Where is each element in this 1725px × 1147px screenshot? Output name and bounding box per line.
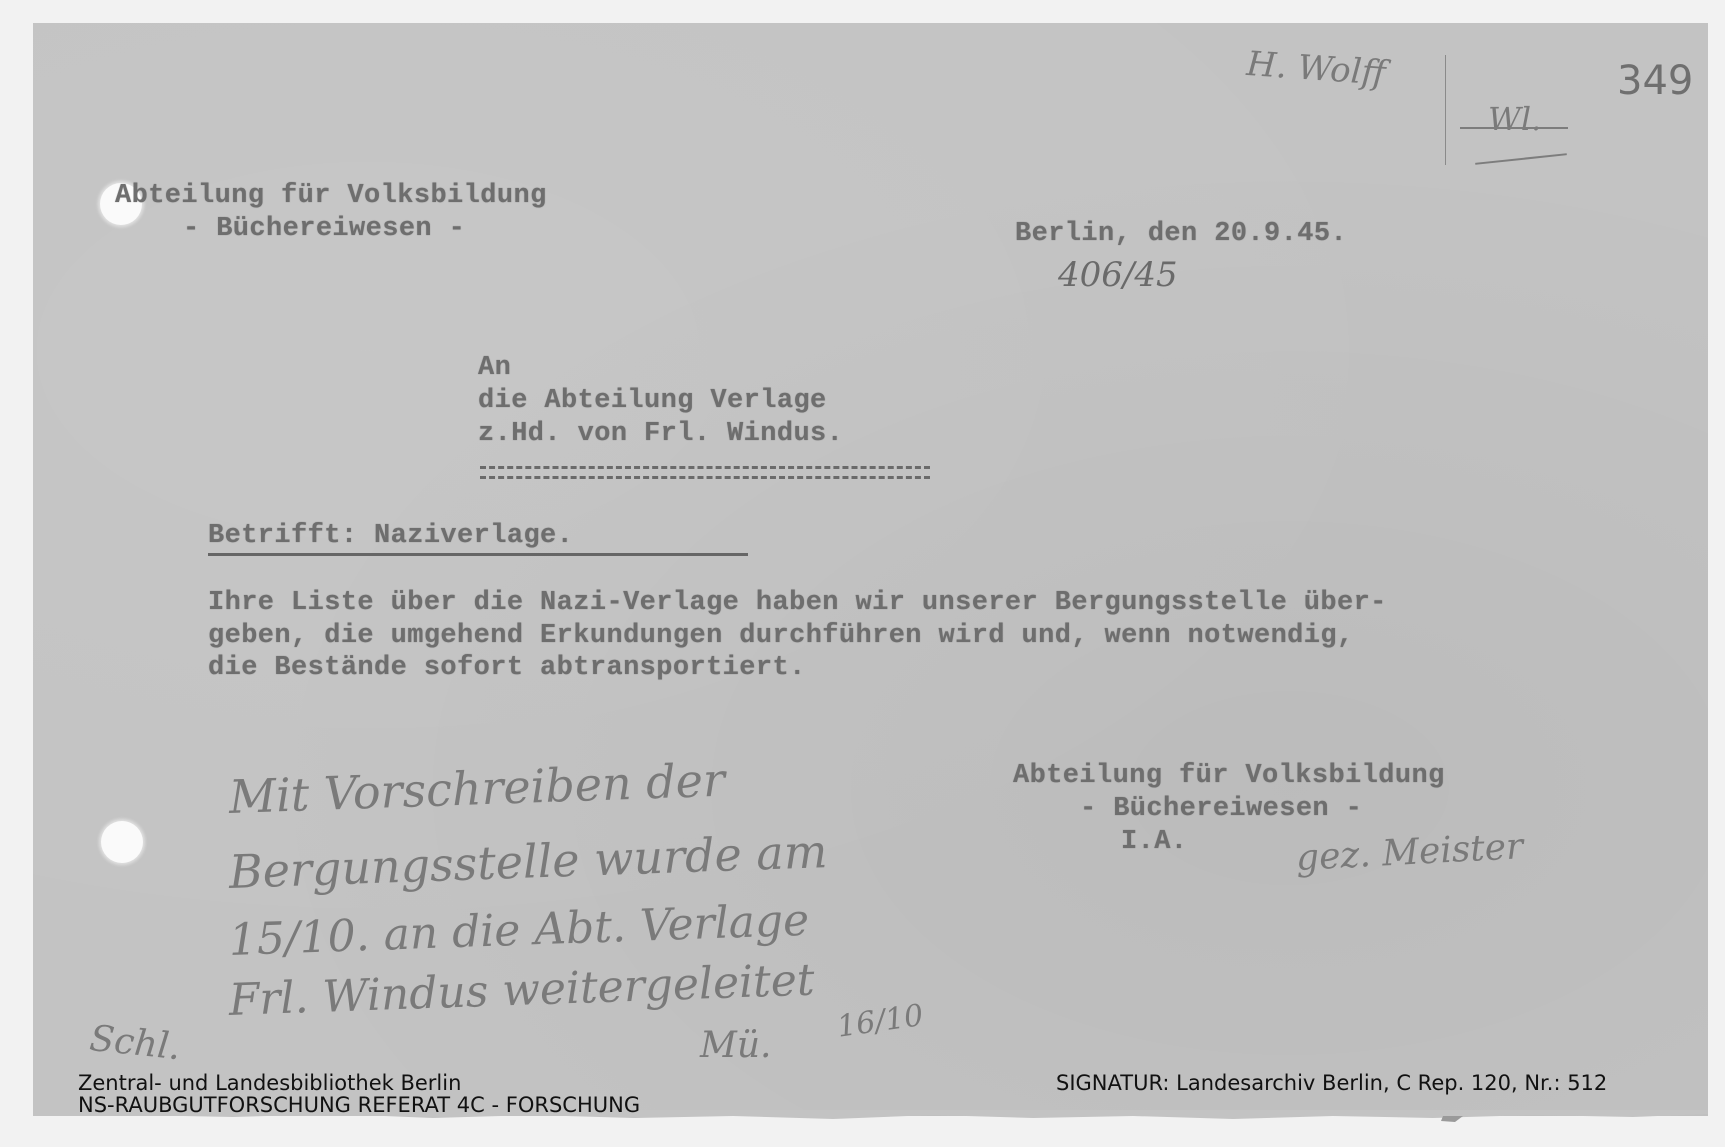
subject-underline xyxy=(208,553,748,556)
reference-number: 406/45 xyxy=(1058,255,1178,295)
signature-subdepartment: - Büchereiwesen - xyxy=(1080,793,1362,826)
subject-line: Betrifft: Naziverlage. xyxy=(208,520,573,553)
margin-line xyxy=(1445,55,1446,165)
folio-number: 349 xyxy=(1617,58,1693,104)
body-line-1: Ihre Liste über die Nazi-Verlage haben w… xyxy=(208,587,1387,620)
signature-department: Abteilung für Volksbildung xyxy=(1013,760,1445,793)
letterhead-department: Abteilung für Volksbildung xyxy=(115,180,547,213)
body-line-2: geben, die umgehend Erkundungen durchfüh… xyxy=(208,620,1354,653)
footer-institution: Zentral- und Landesbibliothek Berlin xyxy=(78,1072,461,1094)
strike-line xyxy=(1460,127,1568,129)
punch-hole-bottom xyxy=(101,821,143,863)
dateline: Berlin, den 20.9.45. xyxy=(1015,218,1347,251)
margin-note-initials: Mü. xyxy=(700,1025,772,1066)
body-line-3: die Bestände sofort abtransportiert. xyxy=(208,652,806,685)
letterhead-subdepartment: - Büchereiwesen - xyxy=(183,213,465,246)
handwritten-initials-struck: Wl. xyxy=(1488,100,1541,138)
signature-on-behalf: I.A. xyxy=(1121,826,1187,859)
addressee-line1: An xyxy=(478,352,511,385)
addressee-underline xyxy=(480,466,930,479)
addressee-line3: z.Hd. von Frl. Windus. xyxy=(478,418,843,451)
footer-project: NS-RAUBGUTFORSCHUNG REFERAT 4C - FORSCHU… xyxy=(78,1094,640,1116)
footer-signature-reference: SIGNATUR: Landesarchiv Berlin, C Rep. 12… xyxy=(1056,1072,1607,1094)
addressee-line2: die Abteilung Verlage xyxy=(478,385,827,418)
